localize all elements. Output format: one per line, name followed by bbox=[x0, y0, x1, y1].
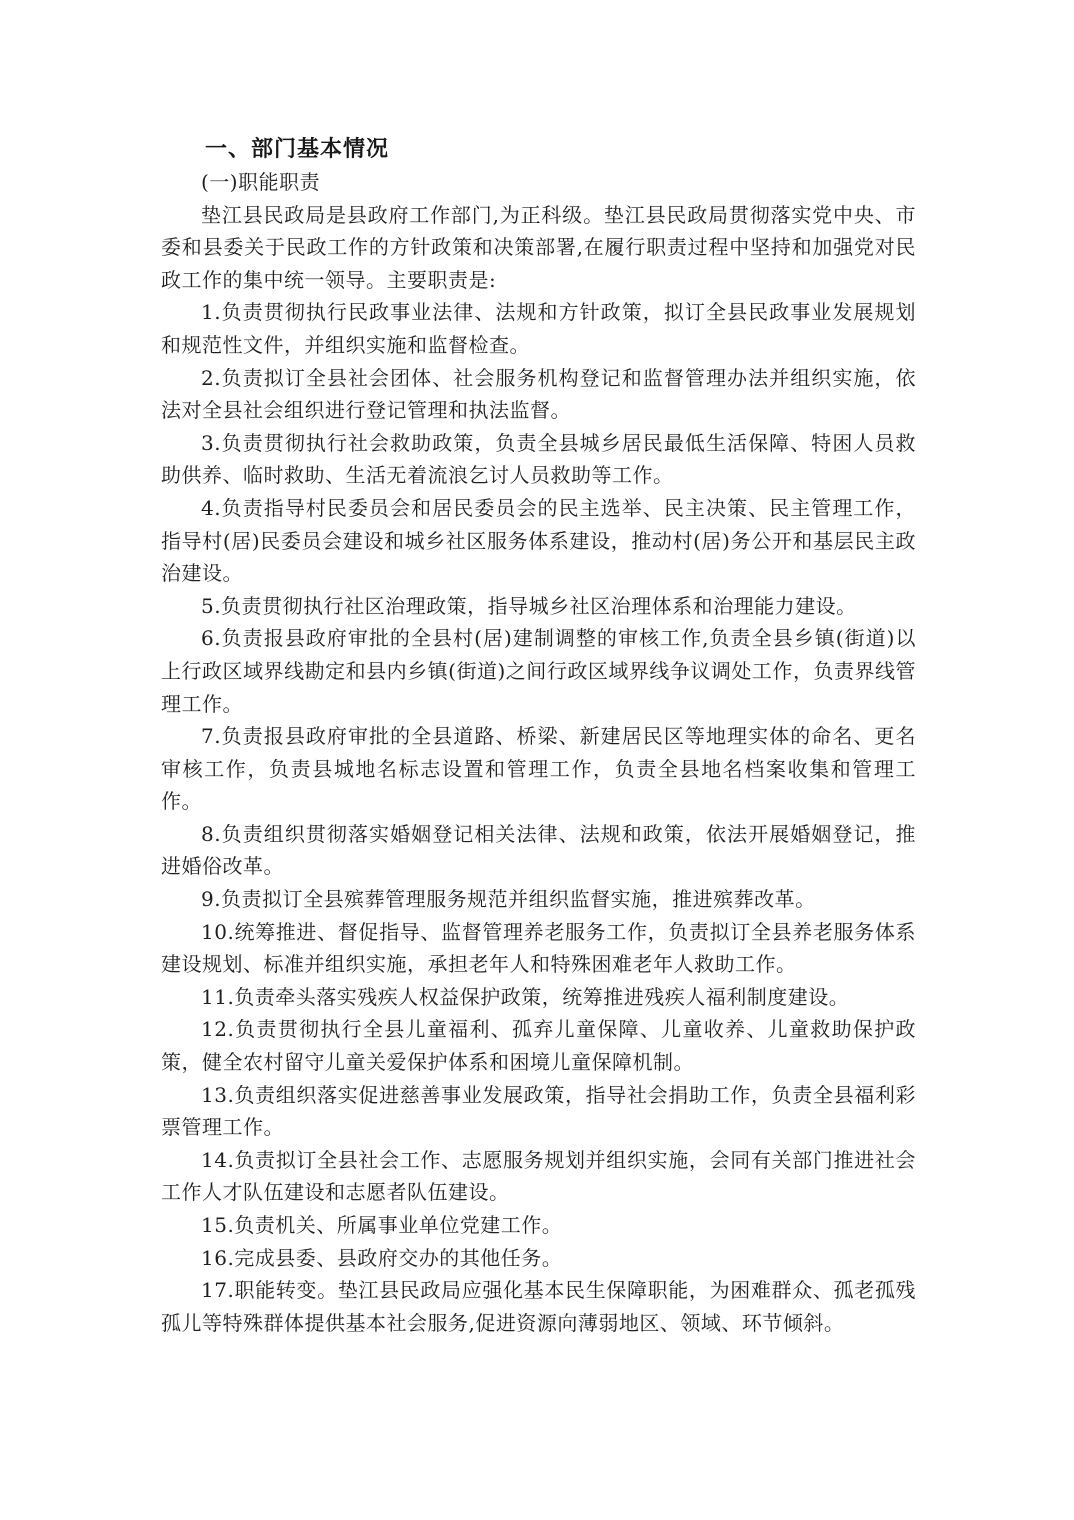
duty-item-5: 5.负责贯彻执行社区治理政策，指导城乡社区治理体系和治理能力建设。 bbox=[161, 590, 916, 623]
intro-paragraph: 垫江县民政局是县政府工作部门,为正科级。垫江县民政局贯彻落实党中央、市委和县委关… bbox=[161, 199, 916, 297]
duty-item-8: 8.负责组织贯彻落实婚姻登记相关法律、法规和政策，依法开展婚姻登记，推进婚俗改革… bbox=[161, 818, 916, 883]
duty-item-4: 4.负责指导村民委员会和居民委员会的民主选举、民主决策、民主管理工作，指导村(居… bbox=[161, 492, 916, 590]
document-content: 一、部门基本情况 (一)职能职责 垫江县民政局是县政府工作部门,为正科级。垫江县… bbox=[161, 133, 916, 1339]
duty-item-16: 16.完成县委、县政府交办的其他任务。 bbox=[161, 1242, 916, 1275]
duty-item-12: 12.负责贯彻执行全县儿童福利、孤弃儿童保障、儿童收养、儿童救助保护政策，健全农… bbox=[161, 1013, 916, 1078]
document-page: 一、部门基本情况 (一)职能职责 垫江县民政局是县政府工作部门,为正科级。垫江县… bbox=[0, 0, 1074, 1520]
duty-item-6: 6.负责报县政府审批的全县村(居)建制调整的审核工作,负责全县乡镇(街道)以上行… bbox=[161, 622, 916, 720]
subsection-heading: (一)职能职责 bbox=[161, 166, 916, 199]
duty-item-1: 1.负责贯彻执行民政事业法律、法规和方针政策，拟订全县民政事业发展规划和规范性文… bbox=[161, 296, 916, 361]
duty-item-9: 9.负责拟订全县殡葬管理服务规范并组织监督实施，推进殡葬改革。 bbox=[161, 883, 916, 916]
section-heading: 一、部门基本情况 bbox=[161, 133, 916, 166]
duty-item-11: 11.负责牵头落实残疾人权益保护政策，统筹推进残疾人福利制度建设。 bbox=[161, 981, 916, 1014]
duty-item-10: 10.统筹推进、督促指导、监督管理养老服务工作，负责拟订全县养老服务体系建设规划… bbox=[161, 916, 916, 981]
duty-item-7: 7.负责报县政府审批的全县道路、桥梁、新建居民区等地理实体的命名、更名审核工作，… bbox=[161, 720, 916, 818]
duty-item-15: 15.负责机关、所属事业单位党建工作。 bbox=[161, 1209, 916, 1242]
duty-item-13: 13.负责组织落实促进慈善事业发展政策，指导社会捐助工作，负责全县福利彩票管理工… bbox=[161, 1079, 916, 1144]
duty-item-2: 2.负责拟订全县社会团体、社会服务机构登记和监督管理办法并组织实施，依法对全县社… bbox=[161, 362, 916, 427]
duty-item-14: 14.负责拟订全县社会工作、志愿服务规划并组织实施，会同有关部门推进社会工作人才… bbox=[161, 1144, 916, 1209]
duty-item-17: 17.职能转变。垫江县民政局应强化基本民生保障职能，为困难群众、孤老孤残孤儿等特… bbox=[161, 1274, 916, 1339]
duty-item-3: 3.负责贯彻执行社会救助政策，负责全县城乡居民最低生活保障、特困人员救助供养、临… bbox=[161, 427, 916, 492]
